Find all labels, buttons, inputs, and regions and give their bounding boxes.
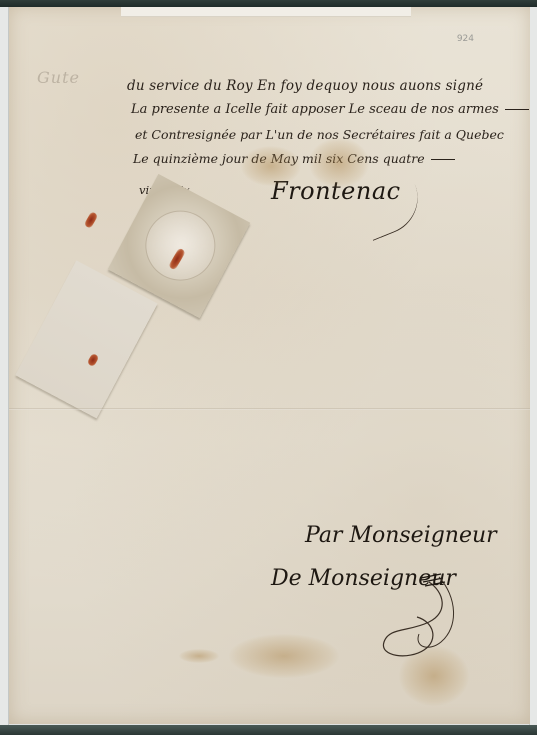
body-line-2: La presente a Icelle fait apposer Le sce… <box>131 102 529 117</box>
mounting-tape <box>121 6 411 17</box>
frame-left-edge <box>0 0 9 735</box>
body-line-3: et Contresignée par L'un de nos Secrétai… <box>135 127 504 142</box>
water-stain <box>179 649 219 663</box>
paraph-flourish-icon <box>369 572 459 662</box>
water-stain <box>241 146 301 186</box>
seal-assembly <box>61 182 191 422</box>
frame-bottom-edge <box>0 725 537 735</box>
manuscript-page: Gute 924 du service du Roy En foy dequoy… <box>9 6 530 724</box>
fold-crease <box>9 408 530 410</box>
catalog-number: 924 <box>457 34 474 44</box>
red-wax-trace <box>84 211 99 229</box>
frame-right-edge <box>529 0 537 735</box>
seal-impression <box>133 198 228 293</box>
countersign-line-1: Par Monseigneur <box>305 523 497 548</box>
water-stain <box>309 138 369 188</box>
body-line-1: du service du Roy En foy dequoy nous auo… <box>127 78 483 94</box>
faded-offset-text: Gute <box>37 68 80 87</box>
water-stain <box>229 634 339 678</box>
frame-top-edge <box>0 0 537 7</box>
